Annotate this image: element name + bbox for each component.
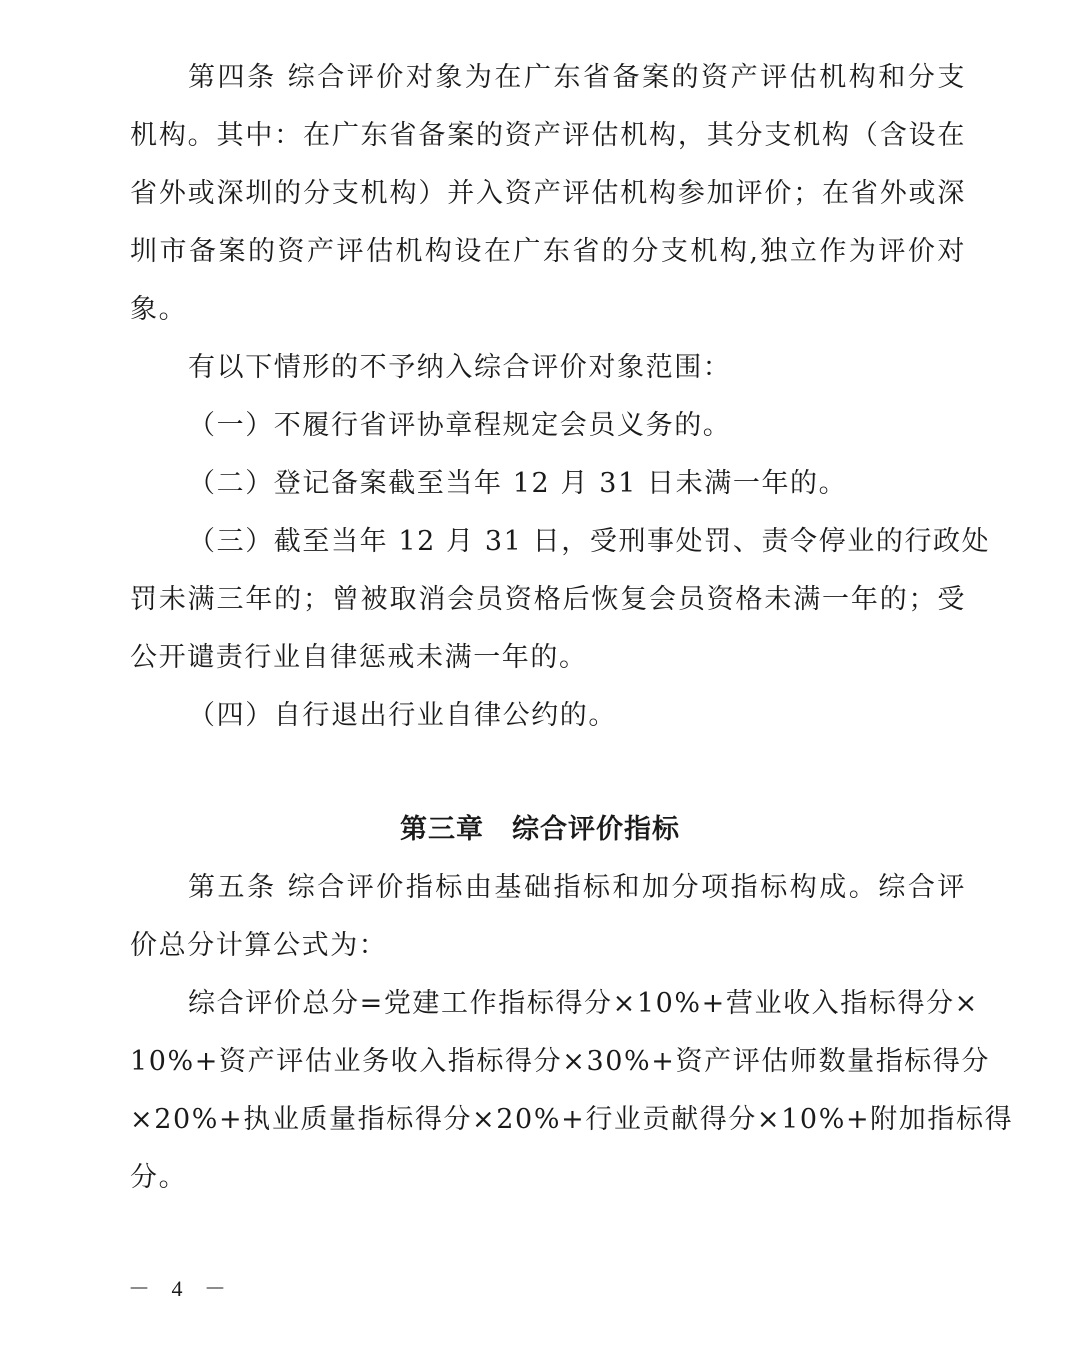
formula-line-2: 10%+资产评估业务收入指标得分×30%+资产评估师数量指标得分 (130, 1044, 966, 1080)
formula-line-4: 分。 (130, 1160, 966, 1196)
exclusions-intro: 有以下情形的不予纳入综合评价对象范围： (188, 350, 966, 386)
article-5-line-1: 第五条 综合评价指标由基础指标和加分项指标构成。综合评 (188, 870, 966, 906)
exclusion-item-3-line-1: （三）截至当年 12 月 31 日，受刑事处罚、责令停业的行政处 (188, 524, 966, 560)
exclusion-item-3-line-3: 公开谴责行业自律惩戒未满一年的。 (130, 640, 966, 676)
article-4-line-4: 圳市备案的资产评估机构设在广东省的分支机构,独立作为评价对 (130, 234, 966, 270)
formula-line-1: 综合评价总分=党建工作指标得分×10%+营业收入指标得分× (188, 986, 966, 1022)
page-number: － 4 － (128, 1272, 234, 1303)
article-4-line-5: 象。 (130, 292, 966, 328)
chapter-heading: 第三章 综合评价指标 (0, 812, 1080, 848)
exclusion-item-1: （一）不履行省评协章程规定会员义务的。 (188, 408, 966, 444)
article-4-line-2: 机构。其中：在广东省备案的资产评估机构，其分支机构（含设在 (130, 118, 966, 154)
exclusion-item-3-line-2: 罚未满三年的；曾被取消会员资格后恢复会员资格未满一年的；受 (130, 582, 966, 618)
article-5-line-2: 价总分计算公式为： (130, 928, 966, 964)
article-4-line-3: 省外或深圳的分支机构）并入资产评估机构参加评价；在省外或深 (130, 176, 966, 212)
exclusion-item-2: （二）登记备案截至当年 12 月 31 日未满一年的。 (188, 466, 966, 502)
formula-line-3: ×20%+执业质量指标得分×20%+行业贡献得分×10%+附加指标得 (130, 1102, 966, 1138)
exclusion-item-4: （四）自行退出行业自律公约的。 (188, 698, 966, 734)
article-4-line-1: 第四条 综合评价对象为在广东省备案的资产评估机构和分支 (188, 60, 966, 96)
